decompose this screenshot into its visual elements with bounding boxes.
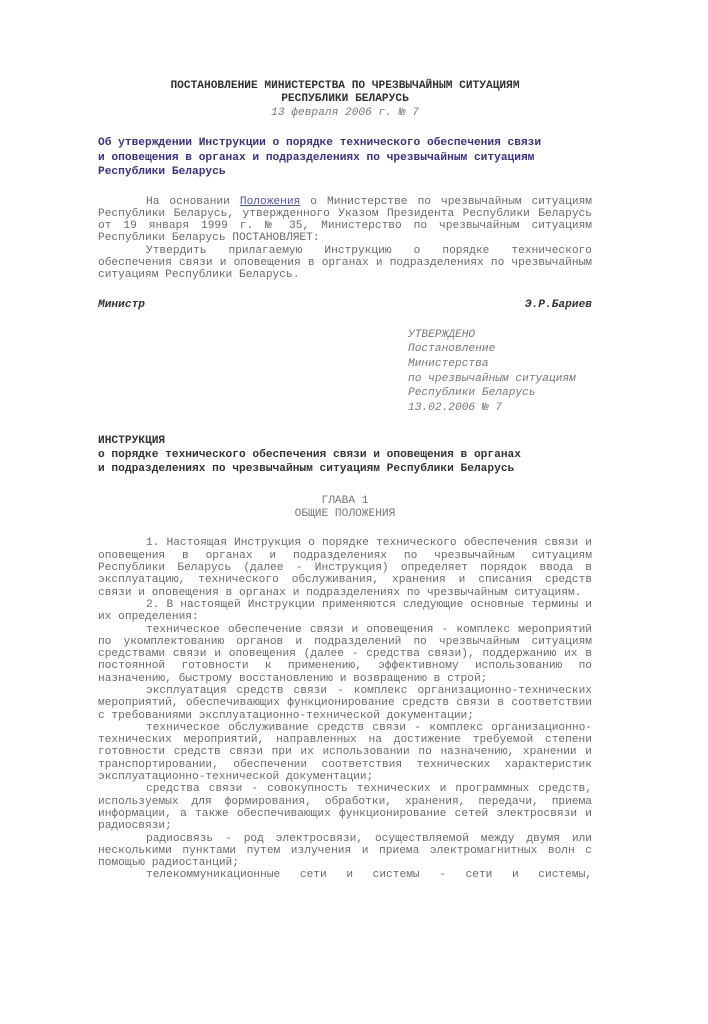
approval-line: Министерства (408, 357, 592, 372)
document-subject: Об утверждении Инструкции о порядке техн… (98, 136, 592, 180)
body-paragraph: техническое обеспечение связи и оповещен… (98, 624, 592, 685)
subject-line: Республики Беларусь (98, 165, 592, 180)
approval-line: Республики Беларусь (408, 386, 592, 401)
body-paragraph: эксплуатация средств связи - комплекс ор… (98, 685, 592, 722)
instruction-title: ИНСТРУКЦИЯ (98, 434, 592, 448)
body-paragraph: радиосвязь - род электросвязи, осуществл… (98, 833, 592, 870)
polozhenie-link[interactable]: Положения (240, 196, 300, 208)
signature-name: Э.Р.Бариев (525, 299, 592, 311)
body-paragraph: 1. Настоящая Инструкция о порядке технич… (98, 537, 592, 598)
subject-line: Об утверждении Инструкции о порядке техн… (98, 136, 592, 151)
signature-position: Министр (98, 299, 145, 311)
instruction-heading: ИНСТРУКЦИЯ о порядке технического обеспе… (98, 434, 592, 476)
preamble-paragraph: На основании Положения о Министерстве по… (98, 196, 592, 245)
preamble-prefix: На основании (146, 196, 240, 208)
chapter-title: ОБЩИЕ ПОЛОЖЕНИЯ (98, 508, 592, 521)
body-paragraph: техническое обслуживание средств связи -… (98, 722, 592, 783)
chapter-heading: ГЛАВА 1 ОБЩИЕ ПОЛОЖЕНИЯ (98, 495, 592, 521)
header-title-line1: ПОСТАНОВЛЕНИЕ МИНИСТЕРСТВА ПО ЧРЕЗВЫЧАЙН… (98, 80, 592, 93)
document-page: ПОСТАНОВЛЕНИЕ МИНИСТЕРСТВА ПО ЧРЕЗВЫЧАЙН… (98, 80, 592, 882)
header-title-line2: РЕСПУБЛИКИ БЕЛАРУСЬ (98, 93, 592, 106)
instruction-body: 1. Настоящая Инструкция о порядке технич… (98, 537, 592, 881)
approval-stamp: УТВЕРЖДЕНО Постановление Министерства по… (408, 328, 592, 416)
resolve-paragraph: Утвердить прилагаемую Инструкцию о поряд… (98, 245, 592, 282)
document-header: ПОСТАНОВЛЕНИЕ МИНИСТЕРСТВА ПО ЧРЕЗВЫЧАЙН… (98, 80, 592, 106)
document-date: 13 февраля 2006 г. № 7 (98, 106, 592, 120)
approval-line: УТВЕРЖДЕНО (408, 328, 592, 343)
approval-line: Постановление (408, 342, 592, 357)
body-paragraph: средства связи - совокупность технически… (98, 783, 592, 832)
chapter-number: ГЛАВА 1 (98, 495, 592, 508)
body-paragraph: телекоммуникационные сети и системы - се… (98, 869, 592, 881)
body-paragraph: 2. В настоящей Инструкции применяются сл… (98, 599, 592, 624)
signature-block: Министр Э.Р.Бариев (98, 299, 592, 311)
instruction-subtitle-line1: о порядке технического обеспечения связи… (98, 448, 592, 462)
subject-line: и оповещения в органах и подразделениях … (98, 151, 592, 166)
approval-line: 13.02.2006 № 7 (408, 401, 592, 416)
instruction-subtitle-line2: и подразделениях по чрезвычайным ситуаци… (98, 462, 592, 476)
approval-line: по чрезвычайным ситуациям (408, 372, 592, 387)
